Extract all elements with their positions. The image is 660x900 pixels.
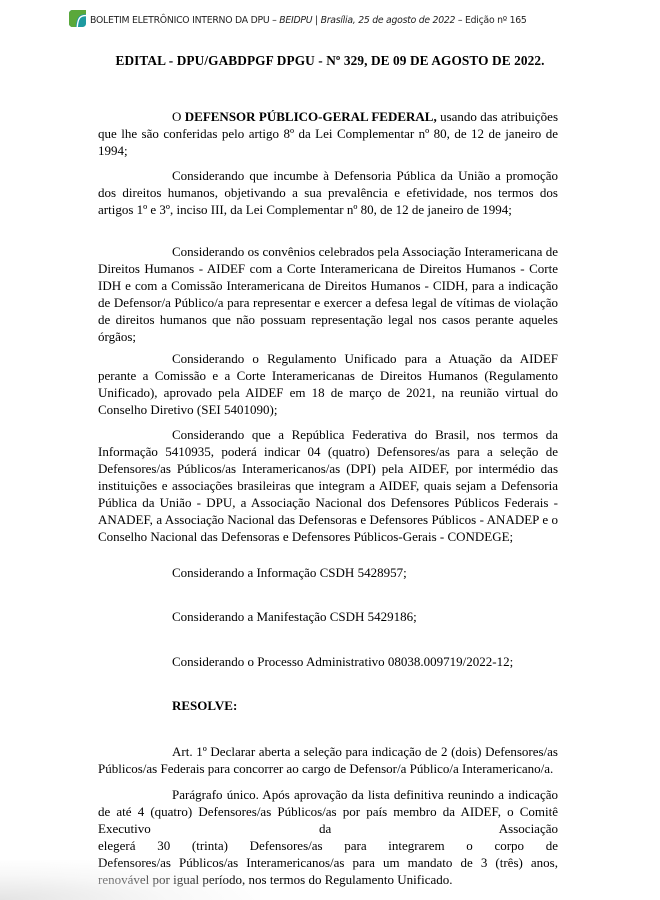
opening-prefix: O: [172, 109, 185, 124]
opening-paragraph: O DEFENSOR PÚBLICO-GERAL FEDERAL, usando…: [98, 108, 558, 159]
sole-paragraph: Parágrafo único. Após aprovação da lista…: [98, 786, 558, 888]
sole-paragraph-line-2: elegerá 30 (trinta) Defensores/as para i…: [98, 837, 558, 854]
authority-name: DEFENSOR PÚBLICO-GERAL FEDERAL,: [185, 109, 437, 124]
consideration-text: Considerando que a República Federativa …: [98, 426, 558, 545]
consideration-7: Considerando o Processo Administrativo 0…: [172, 653, 513, 670]
consideration-text: Considerando os convênios celebrados pel…: [98, 243, 558, 345]
consideration-2: Considerando os convênios celebrados pel…: [98, 243, 558, 345]
bulletin-header: BOLETIM ELETRÔNICO INTERNO DA DPU – BEID…: [69, 12, 527, 29]
sole-paragraph-line-1: Parágrafo único. Após aprovação da lista…: [98, 786, 558, 837]
bulletin-name: BOLETIM ELETRÔNICO INTERNO DA DPU: [90, 15, 269, 26]
consideration-6: Considerando a Manifestação CSDH 5429186…: [172, 608, 417, 625]
separator: |: [312, 15, 320, 26]
consideration-text: Considerando o Regulamento Unificado par…: [98, 350, 558, 418]
article-1: Art. 1º Declarar aberta a seleção para i…: [98, 743, 558, 777]
consideration-1: Considerando que incumbe à Defensoria Pú…: [98, 167, 558, 218]
consideration-4: Considerando que a República Federativa …: [98, 426, 558, 545]
consideration-3: Considerando o Regulamento Unificado par…: [98, 350, 558, 418]
resolve-heading: RESOLVE:: [172, 697, 237, 714]
consideration-text: Considerando que incumbe à Defensoria Pú…: [98, 167, 558, 218]
separator: –: [455, 15, 465, 26]
article-text: Art. 1º Declarar aberta a seleção para i…: [98, 743, 558, 777]
edition-number: Edição nº 165: [465, 15, 527, 26]
separator: –: [269, 15, 279, 26]
place-date: Brasília, 25 de agosto de 2022: [321, 15, 456, 26]
dpu-logo-icon: [69, 10, 86, 27]
document-title: EDITAL - DPU/GABDPGF DPGU - Nº 329, DE 0…: [0, 53, 660, 69]
sole-paragraph-line-3: Defensores/as Públicos/as Interamericano…: [98, 854, 558, 888]
consideration-5: Considerando a Informação CSDH 5428957;: [172, 564, 407, 581]
bulletin-acronym: BEIDPU: [279, 15, 312, 26]
